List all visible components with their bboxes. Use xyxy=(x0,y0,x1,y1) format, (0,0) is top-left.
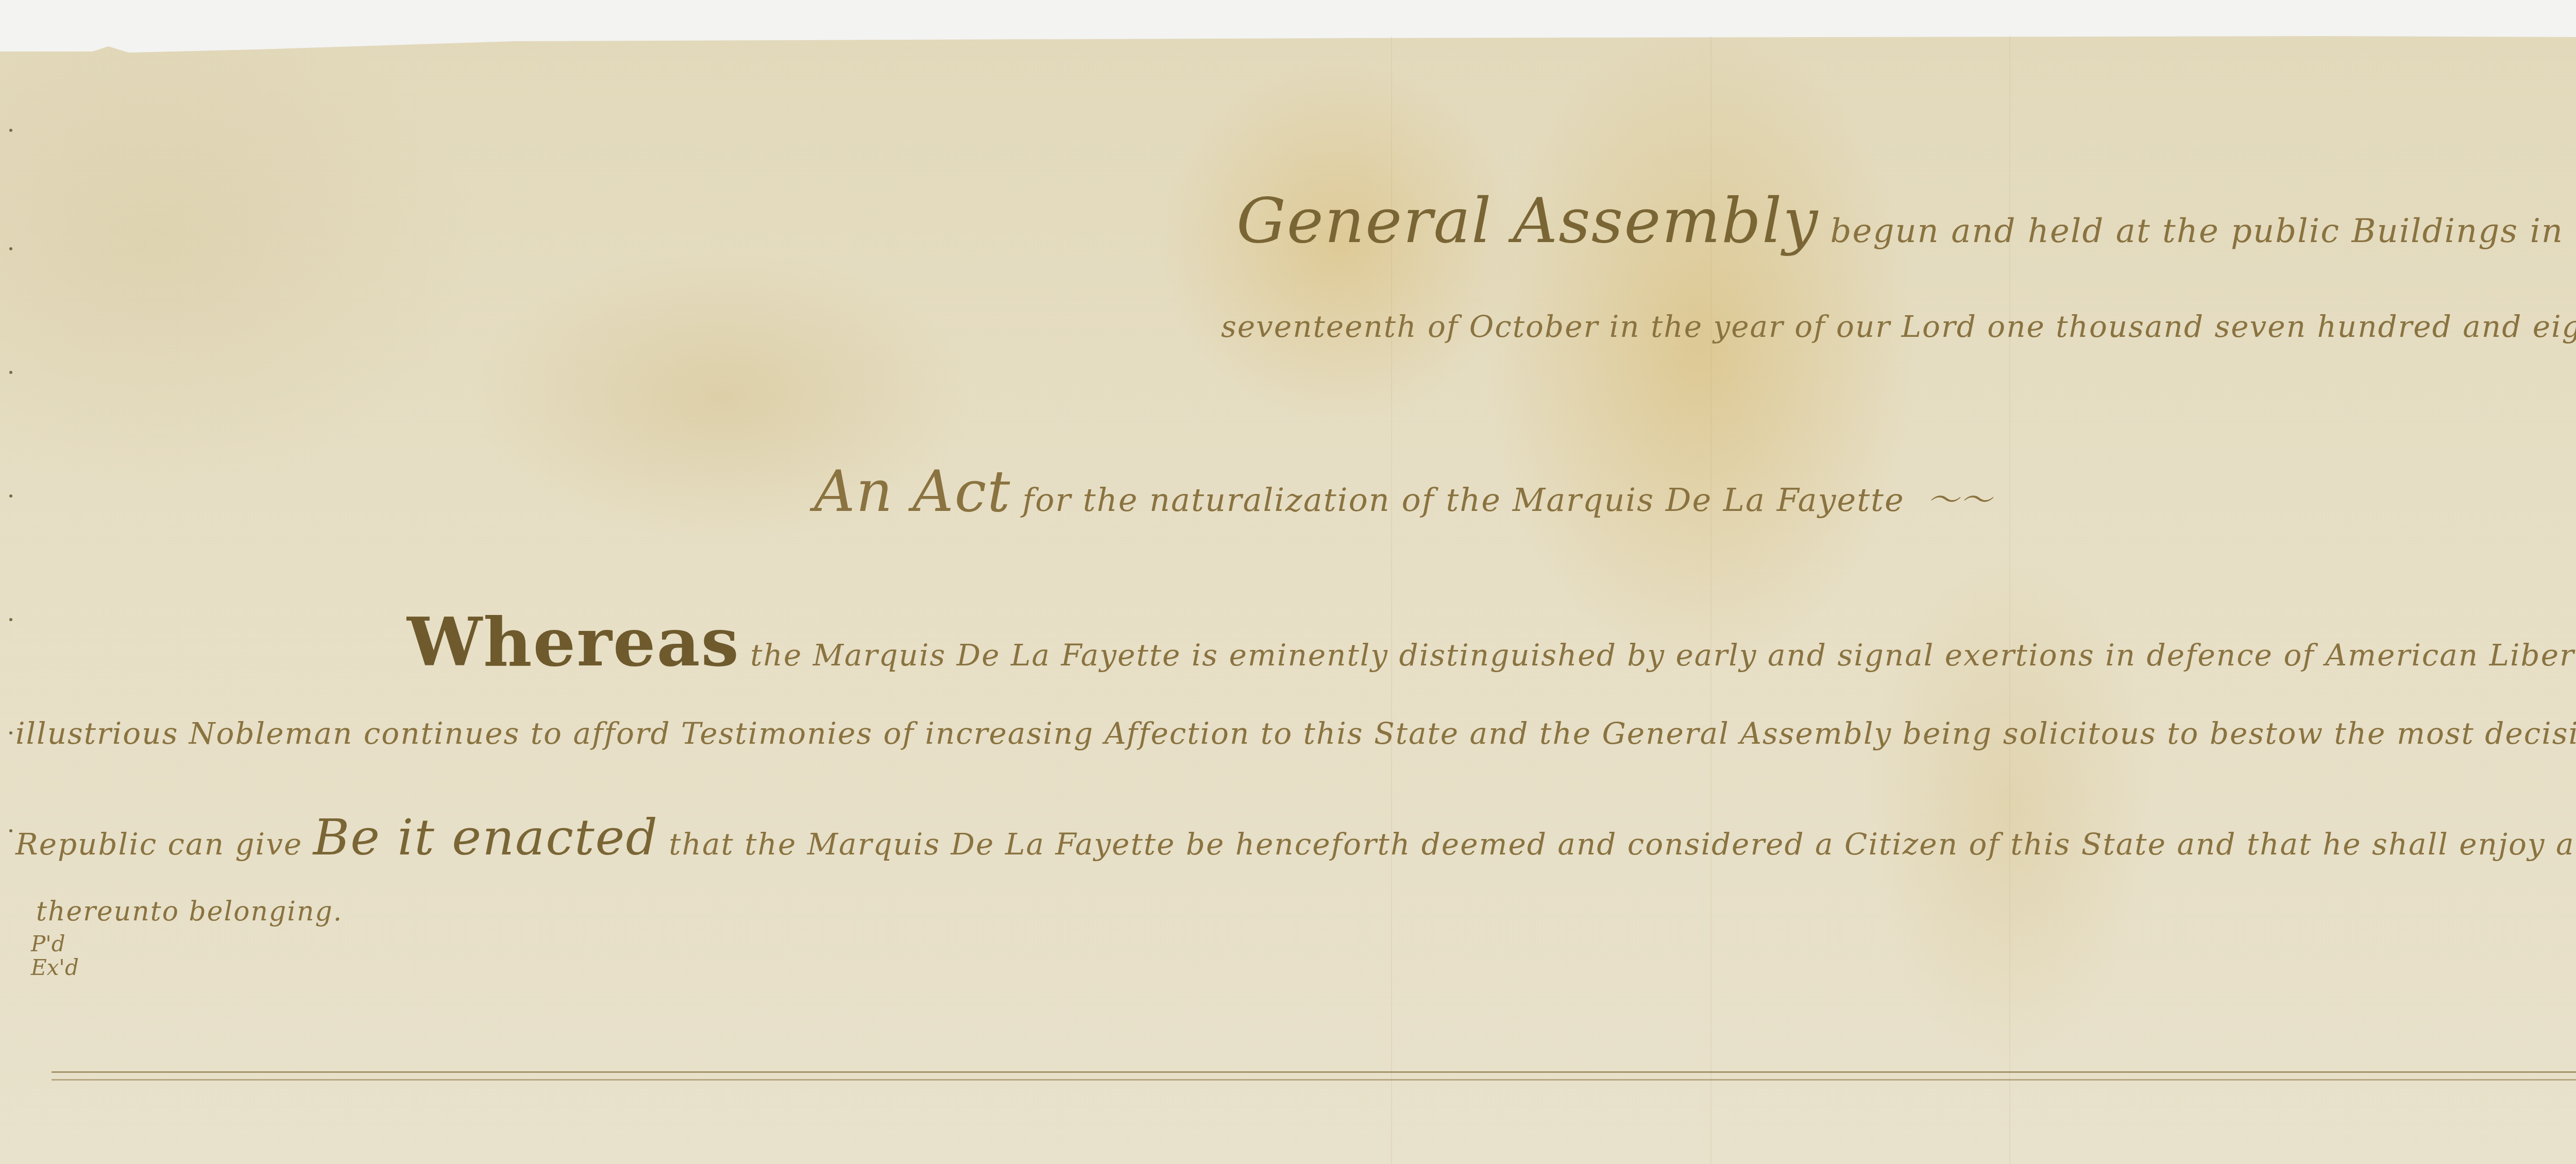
flourish-icon: 〜〜 xyxy=(1916,481,1993,519)
binding-hole xyxy=(9,247,12,250)
binding-hole xyxy=(9,494,12,498)
heading-line-1-text: begun and held at the public Buildings i… xyxy=(1831,212,2576,250)
act-title-an-act: An Act xyxy=(814,458,1011,524)
body-line-3-text: that the Marquis De La Fayette be hencef… xyxy=(669,827,2576,862)
closing-rule-top xyxy=(52,1071,2576,1073)
heading-line-1: General Assembly begun and held at the p… xyxy=(1236,185,2576,257)
binding-hole xyxy=(9,731,12,734)
heading-line-2: seventeenth of October in the year of ou… xyxy=(1221,309,2576,344)
body-be-it-enacted: Be it enacted xyxy=(313,809,658,866)
binding-hole xyxy=(9,129,12,132)
margin-notes: P'd Ex'd xyxy=(31,932,79,980)
binding-hole xyxy=(9,371,12,374)
heading-general-assembly: General Assembly xyxy=(1236,185,1819,257)
binding-hole xyxy=(9,618,12,621)
body-line-4: thereunto belonging. xyxy=(36,896,343,927)
margin-note-examined: Ex'd xyxy=(31,956,79,980)
act-title-text: for the naturalization of the Marquis De… xyxy=(1022,481,1904,519)
body-line-1-text: the Marquis De La Fayette is eminently d… xyxy=(750,638,2576,673)
body-whereas: Whereas xyxy=(407,603,740,681)
binding-hole xyxy=(9,829,12,832)
margin-note-passed: P'd xyxy=(31,932,79,956)
act-title: An Act for the naturalization of the Mar… xyxy=(814,458,1993,524)
body-line-3-pre: Republic can give xyxy=(15,827,302,862)
document-page: 13 General Assembly begun and held at th… xyxy=(0,0,2576,1164)
body-line-1: Whereas the Marquis De La Fayette is emi… xyxy=(407,603,2576,681)
closing-rule-bottom xyxy=(52,1079,2576,1081)
body-line-3: Republic can give Be it enacted that the… xyxy=(15,809,2576,866)
body-line-2: illustrious Nobleman continues to afford… xyxy=(15,716,2576,751)
